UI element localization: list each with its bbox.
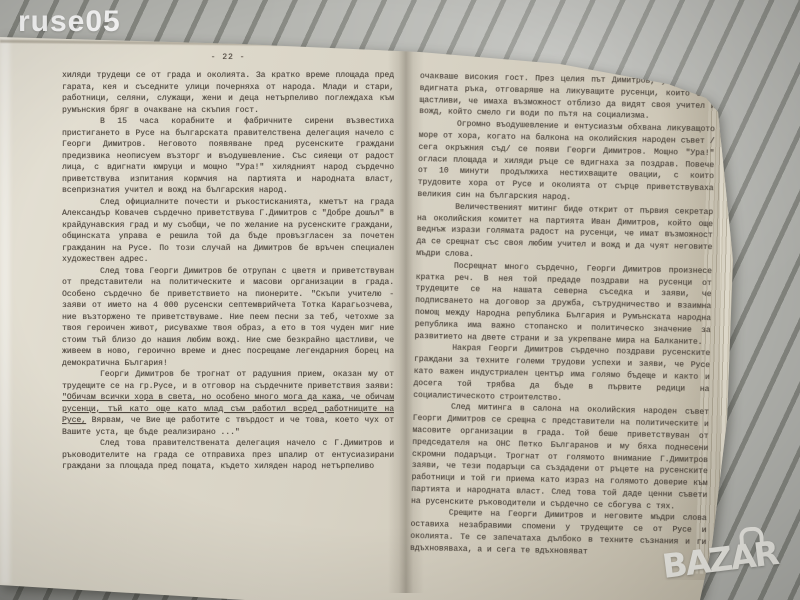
paragraph: След това Георги Димитров бе отрупан с ц… (62, 266, 394, 370)
paragraph: Огромно въодушевление и ентусиазъм обхва… (417, 118, 715, 207)
paragraph: очакваше високия гост. През целия път Ди… (419, 71, 716, 124)
left-page-text: хиляди трудещи се от града и околията. З… (62, 70, 394, 525)
paper-shadow-wrap: - 22 - хиляди трудещи се от града и окол… (0, 0, 800, 600)
document-spread: - 22 - хиляди трудещи се от града и окол… (0, 0, 800, 600)
paragraph: Накрая Георги Димитров сърдечно поздрави… (413, 342, 710, 407)
left-page-edge-highlight (0, 37, 10, 585)
quote-lead: Георги Димитров бе трогнат от радушния п… (62, 370, 394, 391)
paragraph: След митинга в салона на околийския наро… (411, 401, 709, 513)
photo-of-document: - 22 - хиляди трудещи се от града и окол… (0, 0, 800, 600)
right-page-text: очакваше високия гост. През целия път Ди… (410, 71, 716, 567)
paragraph: хиляди трудещи се от града и околията. З… (62, 70, 394, 116)
paragraph: В 15 часа корабните и фабричните сирени … (62, 116, 394, 197)
paragraph: Величественият митинг биде открит от пър… (416, 201, 713, 266)
watermark-text: ruse05 (18, 5, 121, 39)
paragraph: След официалните почести и ръкостискания… (62, 197, 394, 266)
quote-tail: Вярвам, че Вие ще работите с твърдост и … (62, 416, 394, 437)
quote-paragraph: Георги Димитров бе трогнат от радушния п… (62, 369, 394, 438)
right-page-number: - 23 - (420, 51, 716, 66)
paragraph: След това правителствената делегация нач… (62, 438, 394, 473)
left-page-number: - 22 - (62, 53, 394, 62)
under-sheet-edge (0, 40, 430, 48)
paragraph: Посрещнат много сърдечно, Георги Димитро… (414, 260, 712, 349)
shopping-bag-handle-icon (739, 526, 764, 546)
